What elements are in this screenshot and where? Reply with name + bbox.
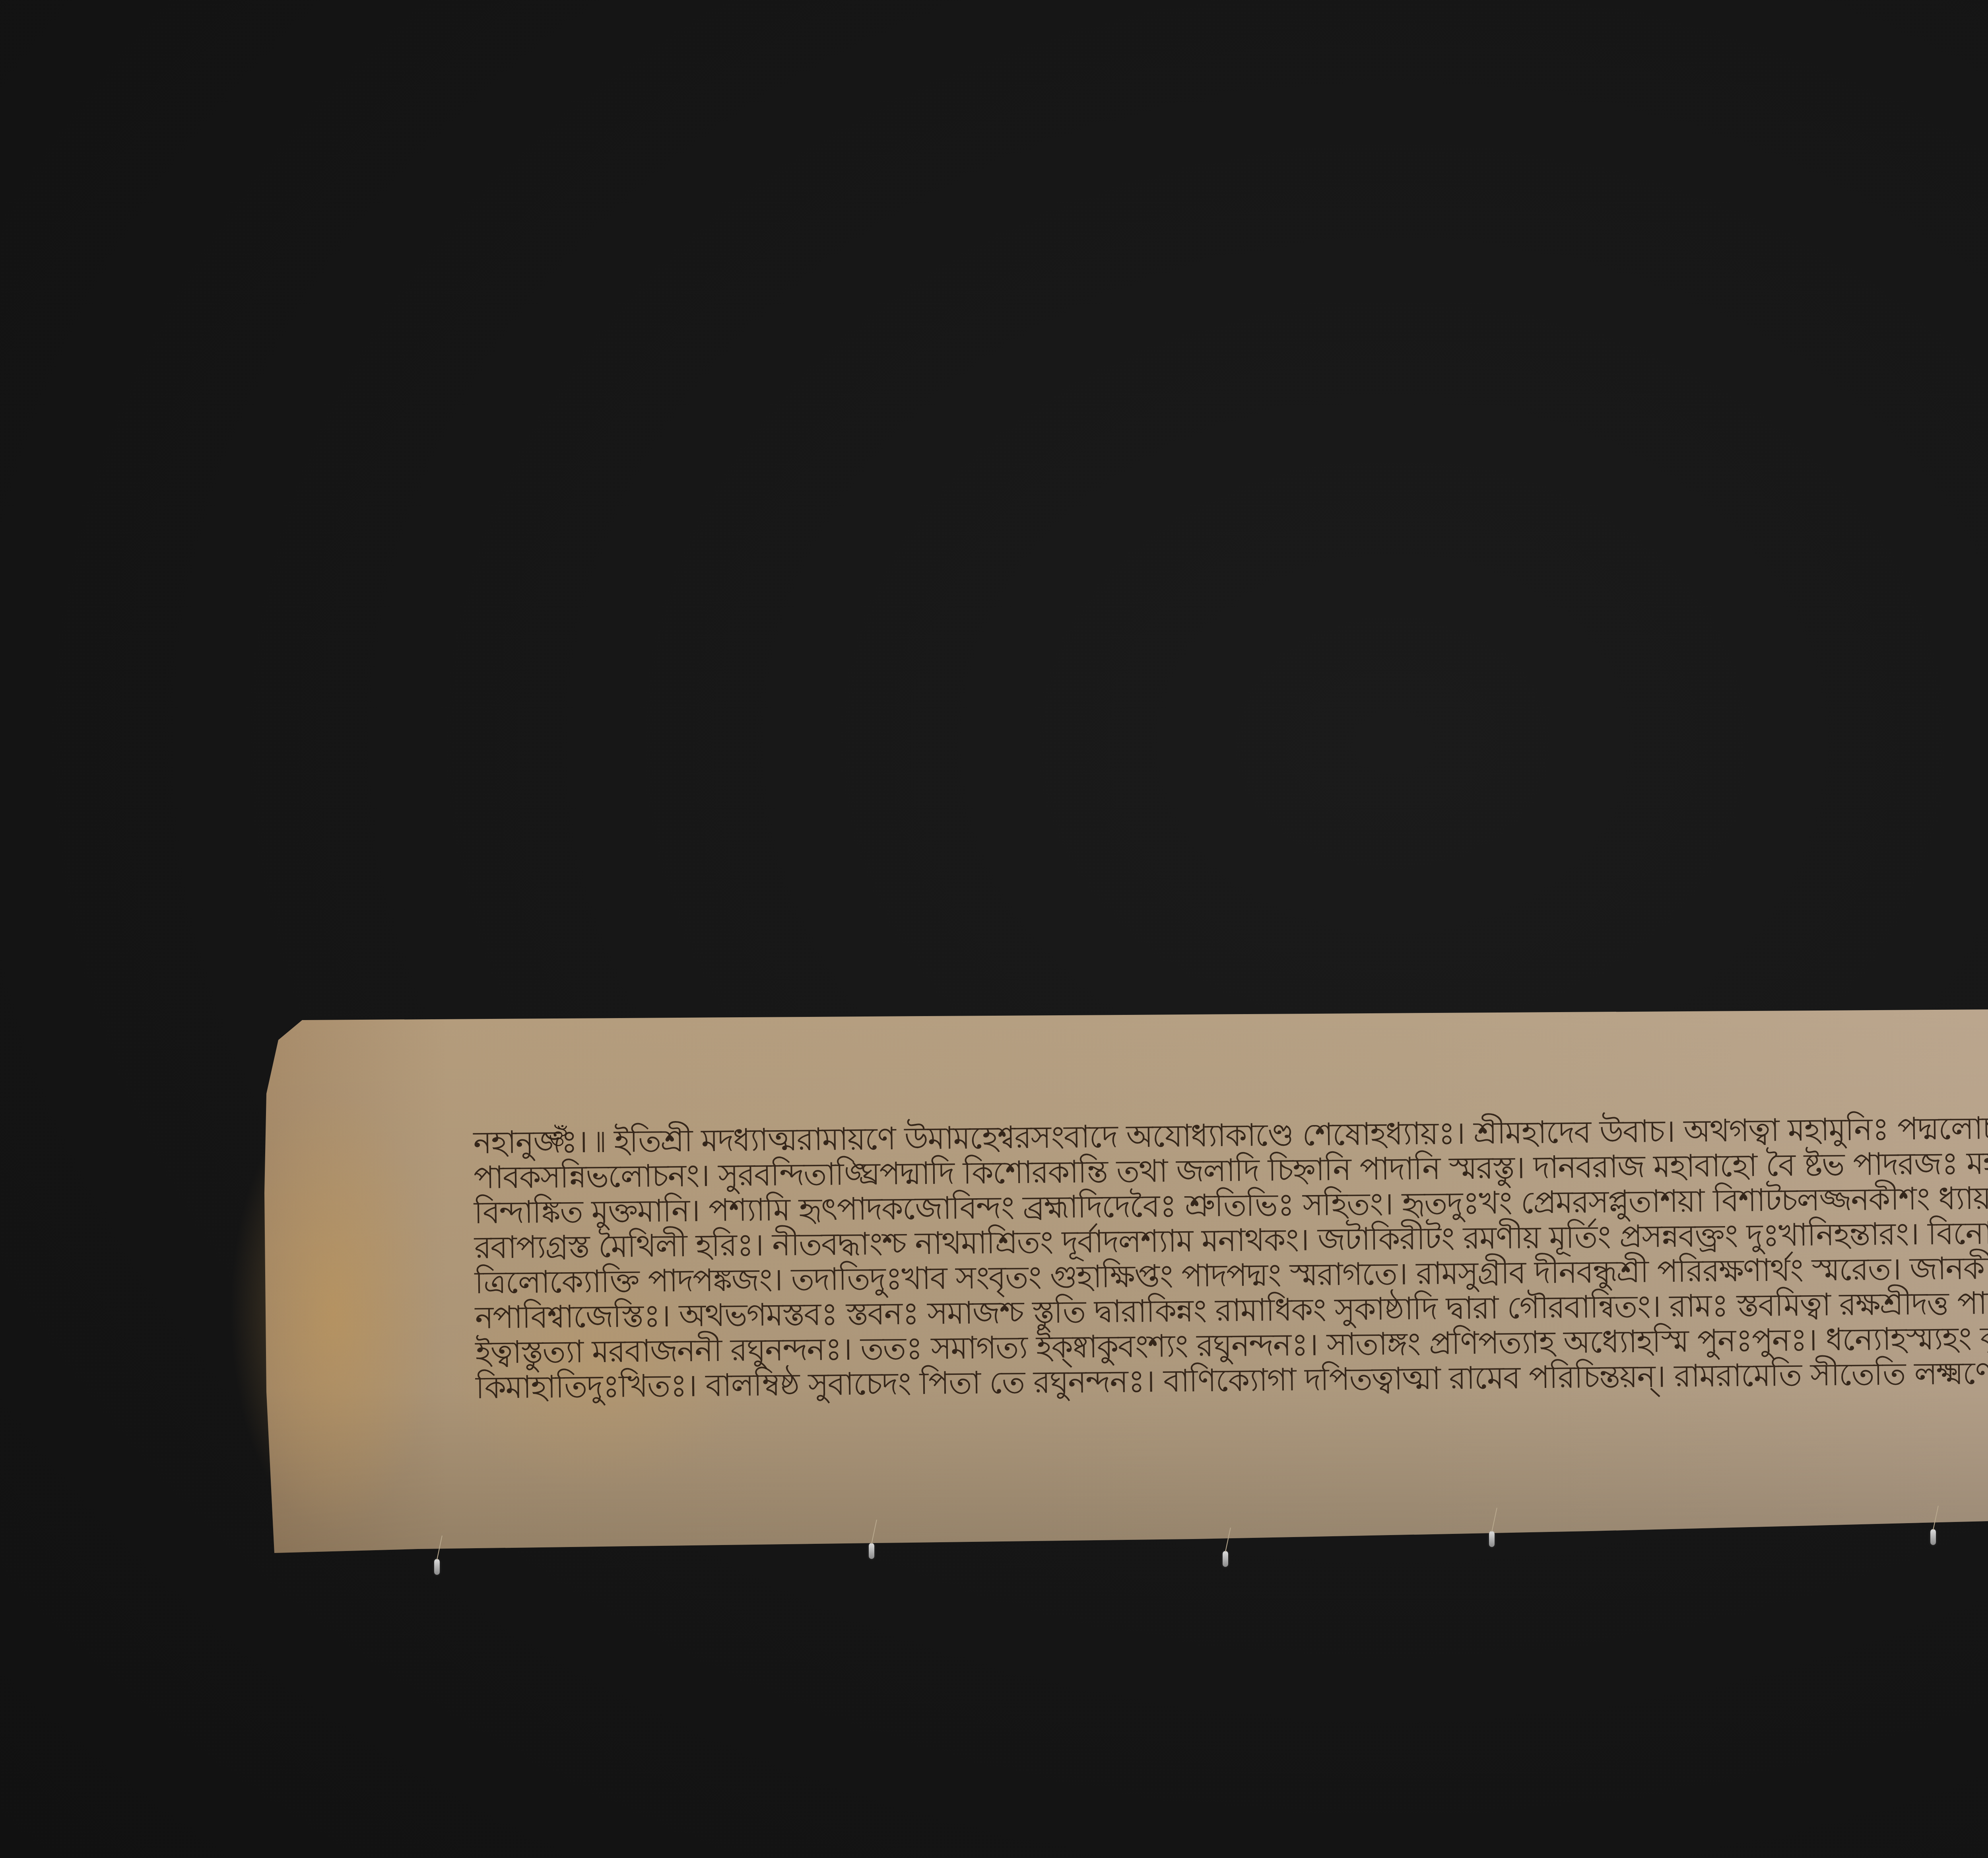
- manuscript-leaf: [0, 0, 1988, 1858]
- mounting-pin: [434, 1559, 440, 1575]
- mounting-pin: [1489, 1531, 1495, 1547]
- mounting-pin: [869, 1543, 874, 1559]
- manuscript-text: নহানুজঃ। ৷৷ ইতিশ্রী মদধ্যাত্মরামায়ণে উম…: [473, 1107, 1988, 1405]
- mounting-pin: [1930, 1529, 1936, 1545]
- mounting-pin: [1223, 1551, 1228, 1567]
- photo-scene: ঔঁ নহানুজঃ। ৷৷ ইতিশ্রী মদধ্যাত্মরামায়ণে…: [0, 0, 1988, 1858]
